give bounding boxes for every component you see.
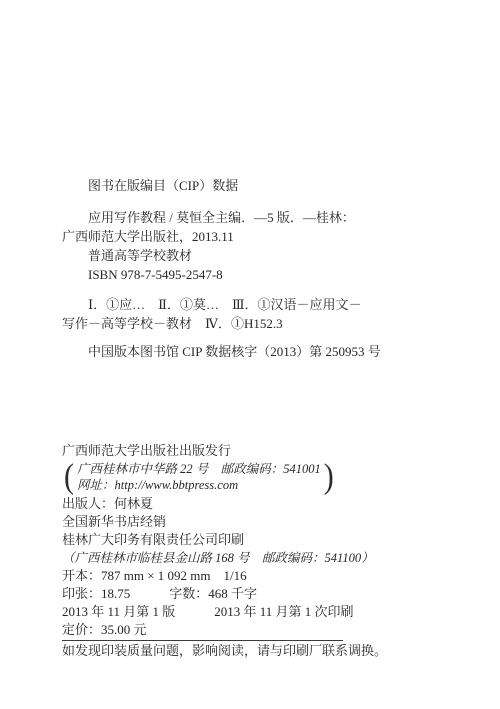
big-right-paren: ) (324, 459, 334, 496)
cip-classification-line1: Ⅰ．①应… Ⅱ．①莫… Ⅲ．①汉语－应用文－ (62, 295, 450, 314)
colophon-page: 图书在版编目（CIP）数据 应用写作教程 / 莫恒全主编．—5 版．—桂林： 广… (0, 0, 500, 709)
distribution-line: 全国新华书店经销 (62, 513, 470, 531)
price-line: 定价：35.00 元 (62, 621, 470, 639)
cip-record-number: 中国版本图书馆 CIP 数据核字（2013）第 250953 号 (62, 342, 450, 361)
cip-entry-line2: 广西师范大学出版社，2013.11 (62, 227, 450, 246)
divider-rule (62, 640, 343, 641)
cip-series-note: 普通高等学校教材 (62, 246, 450, 265)
printer-address-line: （广西桂林市临桂县金山路 168 号 邮政编码：541100） (62, 549, 470, 567)
publisher-person-line: 出版人：何林夏 (62, 495, 470, 513)
publication-info-block: 广西师范大学出版社出版发行 ( 广西桂林市中华路 22 号 邮政编码：54100… (62, 442, 470, 660)
publisher-address-line1: 广西桂林市中华路 22 号 邮政编码：541001 (77, 461, 321, 477)
cip-classification-line2: 写作－高等学校－教材 Ⅳ．①H152.3 (62, 314, 450, 333)
cip-heading: 图书在版编目（CIP）数据 (62, 176, 450, 195)
sheets-wordcount-line: 印张：18.75 字数：468 千字 (62, 585, 470, 603)
format-line: 开本：787 mm × 1 092 mm 1/16 (62, 567, 470, 585)
quality-notice-line: 如发现印装质量问题，影响阅读，请与印刷厂联系调换。 (62, 642, 470, 660)
cip-isbn: ISBN 978-7-5495-2547-8 (62, 265, 450, 284)
publisher-address-lines: 广西桂林市中华路 22 号 邮政编码：541001 网址：http://www.… (77, 461, 321, 493)
publisher-address-group: ( 广西桂林市中华路 22 号 邮政编码：541001 网址：http://ww… (64, 461, 470, 493)
printer-line: 桂林广大印务有限责任公司印刷 (62, 531, 470, 549)
cip-entry-line1: 应用写作教程 / 莫恒全主编．—5 版．—桂林： (62, 208, 450, 227)
big-left-paren: ( (64, 459, 74, 496)
publisher-line: 广西师范大学出版社出版发行 (62, 442, 470, 460)
cip-data-block: 图书在版编目（CIP）数据 应用写作教程 / 莫恒全主编．—5 版．—桂林： 广… (62, 176, 450, 361)
publisher-address-line2: 网址：http://www.bbtpress.com (77, 477, 321, 493)
edition-printing-line: 2013 年 11 月第 1 版 2013 年 11 月第 1 次印刷 (62, 603, 470, 621)
